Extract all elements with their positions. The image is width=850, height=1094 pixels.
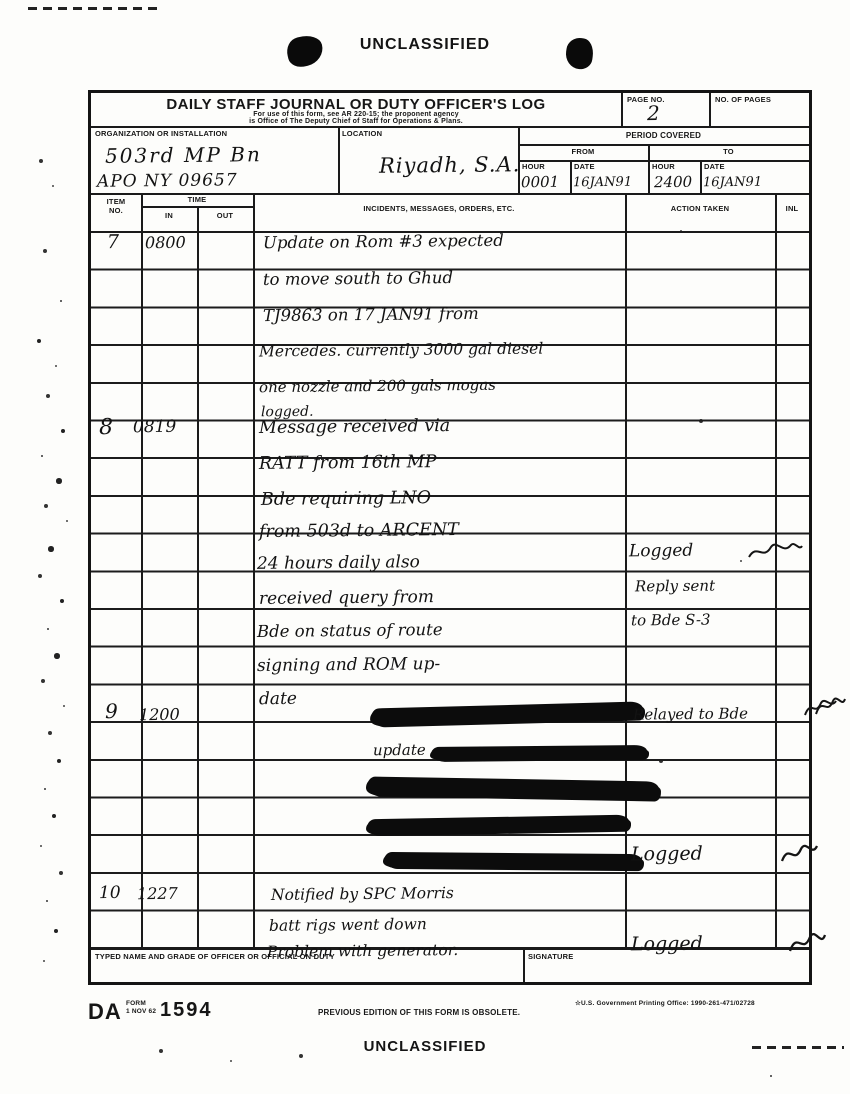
form-date: 1 NOV 62 (126, 1008, 156, 1015)
entry-item-no: 10 (99, 885, 121, 902)
no-of-pages-label: NO. OF PAGES (715, 96, 771, 105)
entry-text-line: one nozzle and 200 gals mogas (259, 378, 496, 395)
entry-text-line: Message received via (259, 418, 450, 438)
scan-noise (0, 0, 2, 2)
entry-text-line: Notified by SPC Morris (271, 886, 454, 903)
marginal-initials-mark (814, 694, 846, 718)
form-word: FORM (126, 1000, 146, 1007)
location-value: Riyadh, S.A. (379, 154, 521, 176)
organization-line2: APO NY 09657 (97, 172, 238, 190)
location-label: LOCATION (342, 130, 382, 139)
entry-action-line: Logged (631, 935, 703, 955)
entry-text-line: batt rigs went down (269, 917, 427, 934)
entry-text-line: Bde requiring LNO (261, 490, 431, 509)
scan-artifact-top (28, 7, 158, 10)
entry-text-line: from 503d to ARCENT (259, 522, 459, 542)
page-no-value: 2 (647, 103, 660, 123)
from-date-label: DATE (574, 163, 595, 172)
header-item-line2: NO. (91, 207, 141, 216)
entry-action-line: Logged (631, 845, 703, 865)
to-hour-value: 2400 (654, 175, 692, 190)
form-number: 1594 (160, 999, 213, 1022)
obsolete-note: PREVIOUS EDITION OF THIS FORM IS OBSOLET… (318, 1008, 520, 1017)
entry-text-line: TJ9863 on 17 JAN91 from (263, 306, 479, 325)
header-time: TIME (141, 196, 253, 205)
period-covered-label: PERIOD COVERED (518, 131, 809, 140)
from-date-value: 16JAN91 (573, 176, 632, 190)
entry-time-in: 1227 (137, 886, 178, 902)
entry-action-line: Reply sent (635, 579, 715, 595)
entry-text-line: received query from (259, 589, 434, 608)
to-date-label: DATE (704, 163, 725, 172)
form-da: DA (88, 999, 122, 1024)
entry-text-line: to move south to Ghud (263, 270, 453, 288)
redaction-bar (431, 745, 647, 761)
entry-time-in: 1200 (139, 707, 180, 723)
header-action: ACTION TAKEN (625, 205, 775, 214)
entry-text-line: signing and ROM up- (257, 656, 440, 675)
entry-item-no: 7 (107, 233, 119, 252)
entry-time-in: 0800 (145, 235, 186, 251)
organization-label: ORGANIZATION OR INSTALLATION (95, 130, 227, 139)
entry-item-no: 8 (99, 417, 113, 439)
entry-text-line: Mercedes. currently 3000 gal diesel (259, 342, 543, 360)
printing-office-note: ☆U.S. Government Printing Office: 1990-2… (575, 1000, 755, 1007)
entry-text-line: Update on Rom #3 expected (263, 233, 504, 252)
entry-action-line: to Bde S-3 (631, 613, 711, 629)
to-date-value: 16JAN91 (703, 176, 762, 190)
initials-mark (787, 929, 827, 957)
header-time-out: OUT (197, 212, 253, 221)
initials-mark (747, 541, 803, 563)
entry-text-line: Bde on status of route (257, 622, 443, 640)
scanned-document-page: UNCLASSIFIED (0, 0, 850, 1094)
typed-name-label: TYPED NAME AND GRADE OF OFFICER OR OFFIC… (95, 953, 335, 962)
entry-action-line: Logged (629, 543, 693, 561)
entry-text-line: date (259, 691, 297, 708)
initials-mark (779, 841, 819, 867)
classification-banner-top: UNCLASSIFIED (0, 36, 850, 54)
to-hour-label: HOUR (652, 163, 675, 172)
form-subtitle-2: is Office of The Deputy Chief of Staff f… (121, 118, 591, 126)
entry-item-no: 9 (105, 701, 118, 721)
header-inl: INL (775, 205, 809, 214)
entry-text-line: RATT from 16th MP (259, 454, 437, 473)
signature-label: SIGNATURE (528, 953, 573, 962)
header-incidents: INCIDENTS, MESSAGES, ORDERS, ETC. (253, 205, 625, 214)
header-time-in: IN (141, 212, 197, 221)
da-form-1594: DAILY STAFF JOURNAL OR DUTY OFFICER'S LO… (88, 90, 812, 985)
organization-line1: 503rd MP Bn (105, 144, 262, 166)
period-from-label: FROM (518, 148, 648, 157)
entry-visible-fragment: update (373, 743, 426, 759)
from-hour-value: 0001 (521, 175, 559, 190)
classification-banner-bottom: UNCLASSIFIED (0, 1038, 850, 1055)
from-hour-label: HOUR (522, 163, 545, 172)
redaction-bar (384, 852, 642, 870)
entry-time-in: 0819 (133, 419, 176, 436)
period-to-label: TO (648, 148, 809, 157)
entry-text-line: 24 hours daily also (257, 554, 420, 573)
entry-action-line: Relayed to Bde (633, 706, 748, 722)
